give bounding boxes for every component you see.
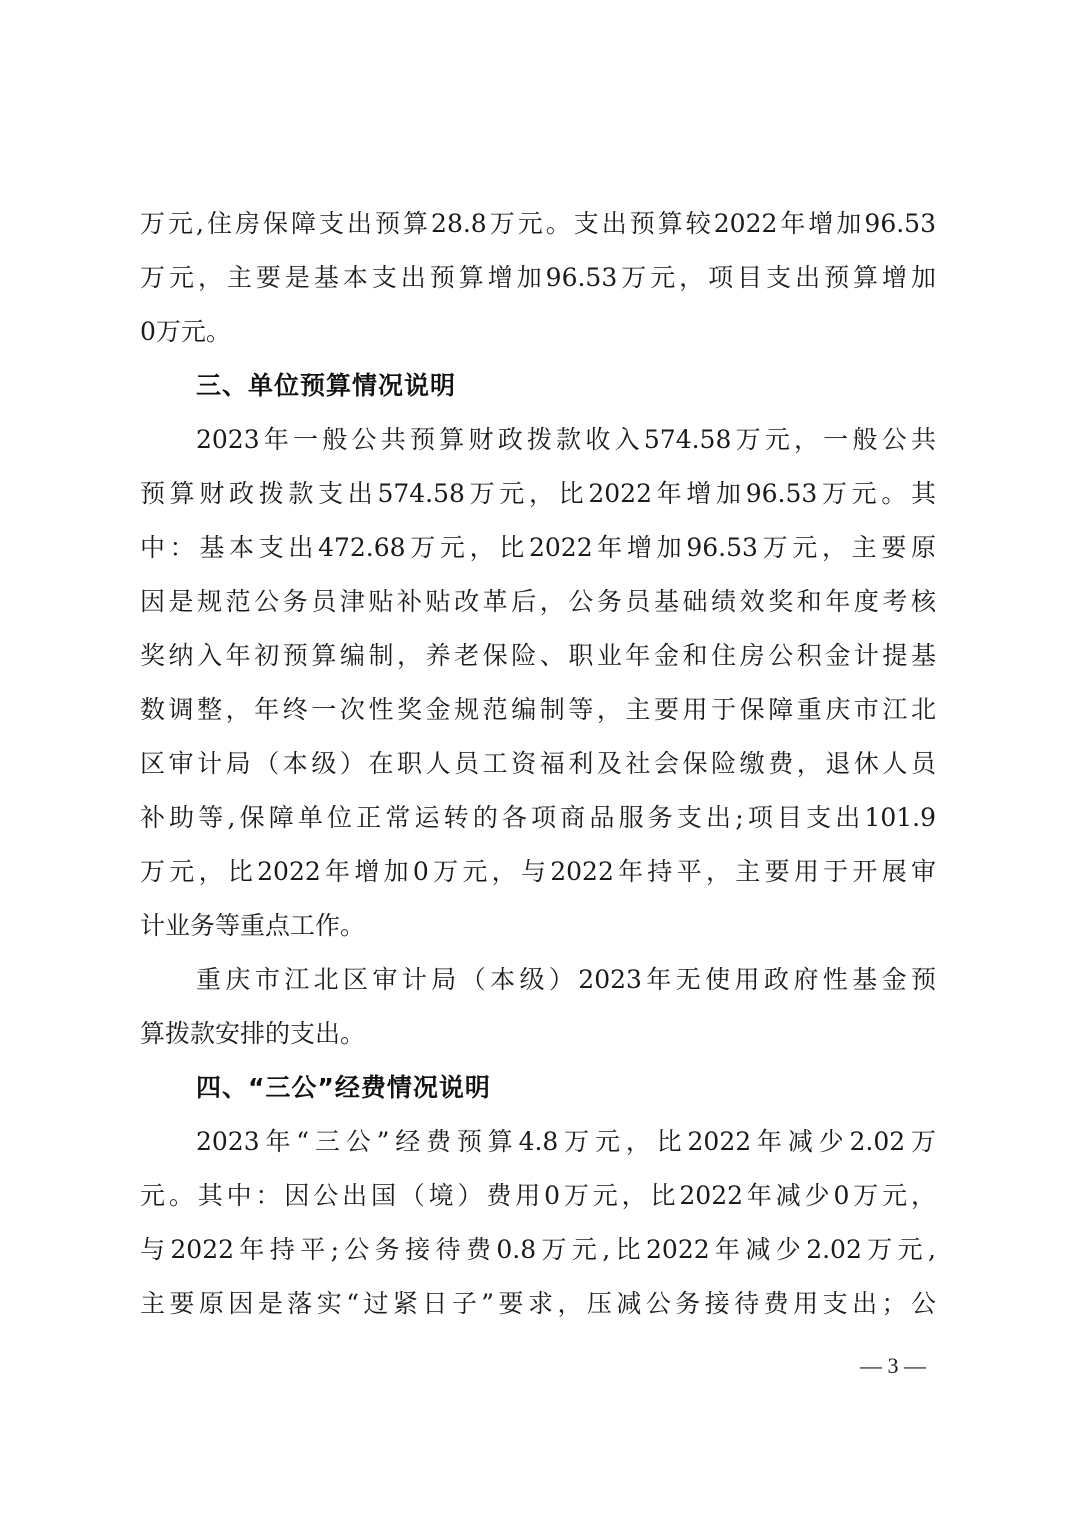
paragraph-line: 计业务等重点工作。	[140, 910, 936, 942]
paragraph-line: 万元,住房保障支出预算28.8万元。支出预算较2022年增加96.53	[140, 208, 936, 240]
paragraph-line: 与2022年持平;公务接待费0.8万元,比2022年减少2.02万元,	[140, 1234, 936, 1266]
paragraph-line: 元。其中：因公出国（境）费用0万元，比2022年减少0万元，	[140, 1180, 936, 1212]
paragraph-line: 2023年一般公共预算财政拨款收入574.58万元，一般公共	[196, 424, 936, 456]
paragraph-line: 预算财政拨款支出574.58万元，比2022年增加96.53万元。其	[140, 478, 936, 510]
page-number: — 3 —	[860, 1352, 926, 1380]
paragraph-line: 万元，比2022年增加0万元，与2022年持平，主要用于开展审	[140, 856, 936, 888]
paragraph-line: 2023年“三公”经费预算4.8万元，比2022年减少2.02万	[196, 1126, 936, 1158]
paragraph-line: 算拨款安排的支出。	[140, 1018, 936, 1050]
paragraph-line: 数调整，年终一次性奖金规范编制等，主要用于保障重庆市江北	[140, 694, 936, 726]
paragraph-line: 奖纳入年初预算编制，养老保险、职业年金和住房公积金计提基	[140, 640, 936, 672]
section-heading-3: 三、单位预算情况说明	[196, 370, 456, 402]
document-page: 万元,住房保障支出预算28.8万元。支出预算较2022年增加96.53 万元，主…	[0, 0, 1074, 1520]
paragraph-line: 区审计局（本级）在职人员工资福利及社会保险缴费，退休人员	[140, 748, 936, 780]
paragraph-line: 主要原因是落实“过紧日子”要求，压减公务接待费用支出；公	[140, 1288, 936, 1320]
paragraph-line: 0万元。	[140, 316, 936, 348]
paragraph-line: 万元，主要是基本支出预算增加96.53万元，项目支出预算增加	[140, 262, 936, 294]
section-heading-4: 四、“三公”经费情况说明	[196, 1072, 491, 1104]
paragraph-line: 重庆市江北区审计局（本级）2023年无使用政府性基金预	[196, 964, 936, 996]
paragraph-line: 补助等,保障单位正常运转的各项商品服务支出;项目支出101.9	[140, 802, 936, 834]
paragraph-line: 中：基本支出472.68万元，比2022年增加96.53万元，主要原	[140, 532, 936, 564]
paragraph-line: 因是规范公务员津贴补贴改革后，公务员基础绩效奖和年度考核	[140, 586, 936, 618]
